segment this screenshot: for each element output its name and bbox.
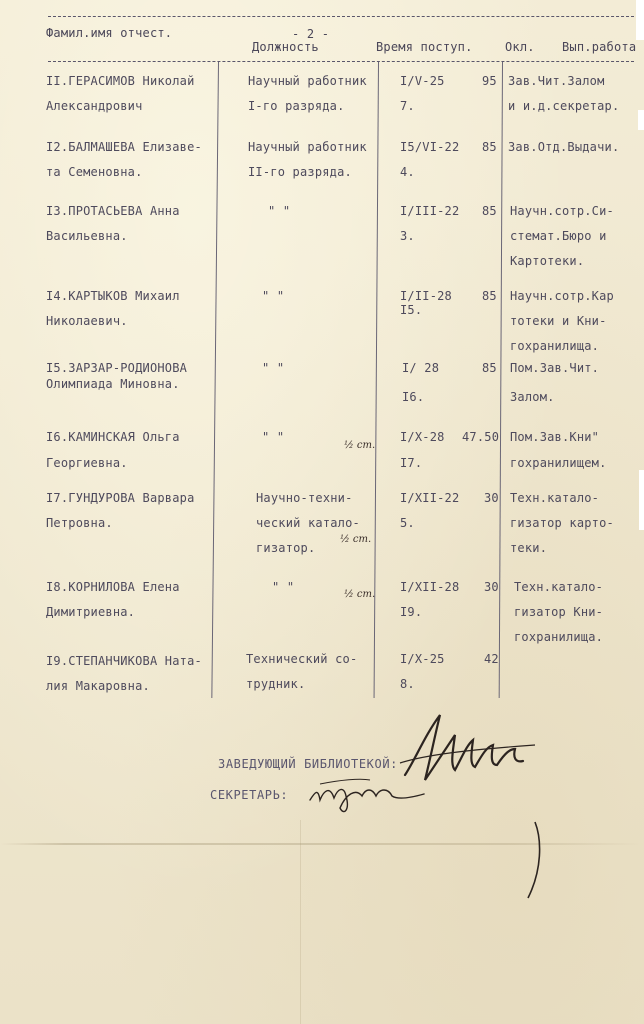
- date-cell: I6.: [402, 390, 424, 404]
- position-ditto: " ": [262, 289, 284, 303]
- duties-cell: Техн.катало-: [514, 580, 603, 594]
- page-number: - 2 -: [292, 27, 329, 41]
- duties-cell: Зав.Чит.Залом: [508, 74, 605, 88]
- date-cell: I/XII-22: [400, 491, 459, 505]
- name-cell: I6.КАМИНСКАЯ Ольга: [46, 430, 180, 444]
- name-cell: Александрович: [46, 99, 143, 113]
- position-cell: I-го разряда.: [248, 99, 345, 113]
- position-ditto: " ": [272, 580, 294, 594]
- position-cell: ческий каталo-: [256, 516, 360, 530]
- column-header-name: Фамил.имя отчест.: [46, 26, 172, 40]
- salary-cell: 85: [482, 361, 497, 375]
- name-cell: I5.ЗАРЗАР-РОДИОНОВА: [46, 361, 187, 375]
- duties-cell: Техн.катало-: [510, 491, 599, 505]
- salary-cell: 42: [484, 652, 499, 666]
- duties-cell: гохранилища.: [510, 339, 599, 353]
- document-page: Фамил.имя отчест. - 2 - Должность Время …: [0, 0, 644, 1024]
- column-divider: [211, 62, 219, 698]
- duties-cell: Научн.сотр.Си-: [510, 204, 614, 218]
- duties-cell: Картотеки.: [510, 254, 584, 268]
- position-ditto: " ": [262, 361, 284, 375]
- name-cell: I2.БАЛМАШЕВА Елизаве-: [46, 140, 202, 154]
- date-cell: I/X-25: [400, 652, 445, 666]
- name-cell: лия Макаровна.: [46, 679, 150, 693]
- position-cell: гизатор.: [256, 541, 315, 555]
- column-header-start-date: Время поступ.: [376, 40, 473, 54]
- salary-cell: 85: [482, 289, 497, 303]
- salary-cell: 30: [484, 491, 499, 505]
- position-cell: трудник.: [246, 677, 305, 691]
- name-cell: I4.КАРТЫКОВ Михаил: [46, 289, 180, 303]
- duties-cell: теки.: [510, 541, 547, 555]
- name-cell: I8.КОРНИЛОВА Елена: [46, 580, 180, 594]
- salary-cell: 95: [482, 74, 497, 88]
- director-signature-label: ЗАВЕДУЮЩИЙ БИБЛИОТЕКОЙ:: [218, 757, 398, 771]
- torn-edge: [638, 110, 644, 130]
- salary-cell: 47.50: [462, 430, 499, 444]
- name-cell: I7.ГУНДУРОВА Варвара: [46, 491, 195, 505]
- date-cell: 5.: [400, 516, 415, 530]
- signature-tail: [520, 820, 550, 900]
- duties-cell: гохранилища.: [514, 630, 603, 644]
- secretary-signature-label: СЕКРЕТАРЬ:: [210, 788, 288, 802]
- duties-cell: Пом.Зав.Кни": [510, 430, 599, 444]
- date-cell: I7.: [400, 456, 422, 470]
- date-cell: I/V-25: [400, 74, 445, 88]
- position-cell: Научно-техни-: [256, 491, 353, 505]
- header-rule-bottom: [48, 61, 634, 62]
- column-header-duties: Вып.работа: [562, 40, 636, 54]
- date-cell: I/XII-28: [400, 580, 459, 594]
- handwritten-half-rate-note: ½ ст.: [340, 534, 371, 545]
- name-cell: та Семеновна.: [46, 165, 143, 179]
- salary-cell: 85: [482, 204, 497, 218]
- column-divider: [374, 62, 379, 698]
- duties-cell: Залом.: [510, 390, 555, 404]
- duties-cell: Научн.сотр.Кар: [510, 289, 614, 303]
- column-divider: [499, 62, 503, 698]
- position-cell: II-го разряда.: [248, 165, 352, 179]
- name-cell: Петровна.: [46, 516, 113, 530]
- name-cell: Олимпиада Миновна.: [46, 377, 180, 391]
- name-cell: I9.СТЕПАНЧИКОВА Ната-: [46, 654, 202, 668]
- date-cell: I/III-22: [400, 204, 459, 218]
- name-cell: II.ГЕРАСИМОВ Николай: [46, 74, 195, 88]
- date-cell: I5/VI-22: [400, 140, 459, 154]
- position-ditto: " ": [268, 204, 290, 218]
- column-header-salary: Окл.: [505, 40, 535, 54]
- date-cell: I/II-28: [400, 289, 452, 303]
- date-cell: 4.: [400, 165, 415, 179]
- name-cell: Васильевна.: [46, 229, 128, 243]
- torn-edge: [639, 470, 644, 530]
- duties-cell: гохранилищем.: [510, 456, 607, 470]
- torn-edge: [636, 0, 644, 40]
- name-cell: Димитриевна.: [46, 605, 135, 619]
- secretary-signature: [300, 770, 440, 820]
- duties-cell: и и.д.секретар.: [508, 99, 619, 113]
- duties-cell: тотеки и Кни-: [510, 314, 607, 328]
- position-cell: Технический со-: [246, 652, 357, 666]
- name-cell: I3.ПРОТАСЬЕВА Анна: [46, 204, 180, 218]
- date-cell: 8.: [400, 677, 415, 691]
- salary-cell: 30: [484, 580, 499, 594]
- duties-cell: стемат.Бюро и: [510, 229, 607, 243]
- paper-crease: [300, 820, 301, 1024]
- position-cell: Научный работник: [248, 74, 367, 88]
- duties-cell: гизатор Кни-: [514, 605, 603, 619]
- handwritten-half-rate-note: ½ ст.: [344, 589, 375, 600]
- column-header-position: Должность: [252, 40, 319, 54]
- date-cell: I9.: [400, 605, 422, 619]
- date-cell: 3.: [400, 229, 415, 243]
- position-ditto: " ": [262, 430, 284, 444]
- duties-cell: гизатор карто-: [510, 516, 614, 530]
- handwritten-half-rate-note: ½ ст.: [344, 440, 375, 451]
- name-cell: Георгиевна.: [46, 456, 128, 470]
- date-cell: I5.: [400, 303, 422, 317]
- header-rule-top: [48, 16, 634, 17]
- date-cell: I/X-28: [400, 430, 445, 444]
- duties-cell: Пом.Зав.Чит.: [510, 361, 599, 375]
- salary-cell: 85: [482, 140, 497, 154]
- name-cell: Николаевич.: [46, 314, 128, 328]
- date-cell: I/ 28: [402, 361, 439, 375]
- date-cell: 7.: [400, 99, 415, 113]
- duties-cell: Зав.Отд.Выдачи.: [508, 140, 619, 154]
- position-cell: Научный работник: [248, 140, 367, 154]
